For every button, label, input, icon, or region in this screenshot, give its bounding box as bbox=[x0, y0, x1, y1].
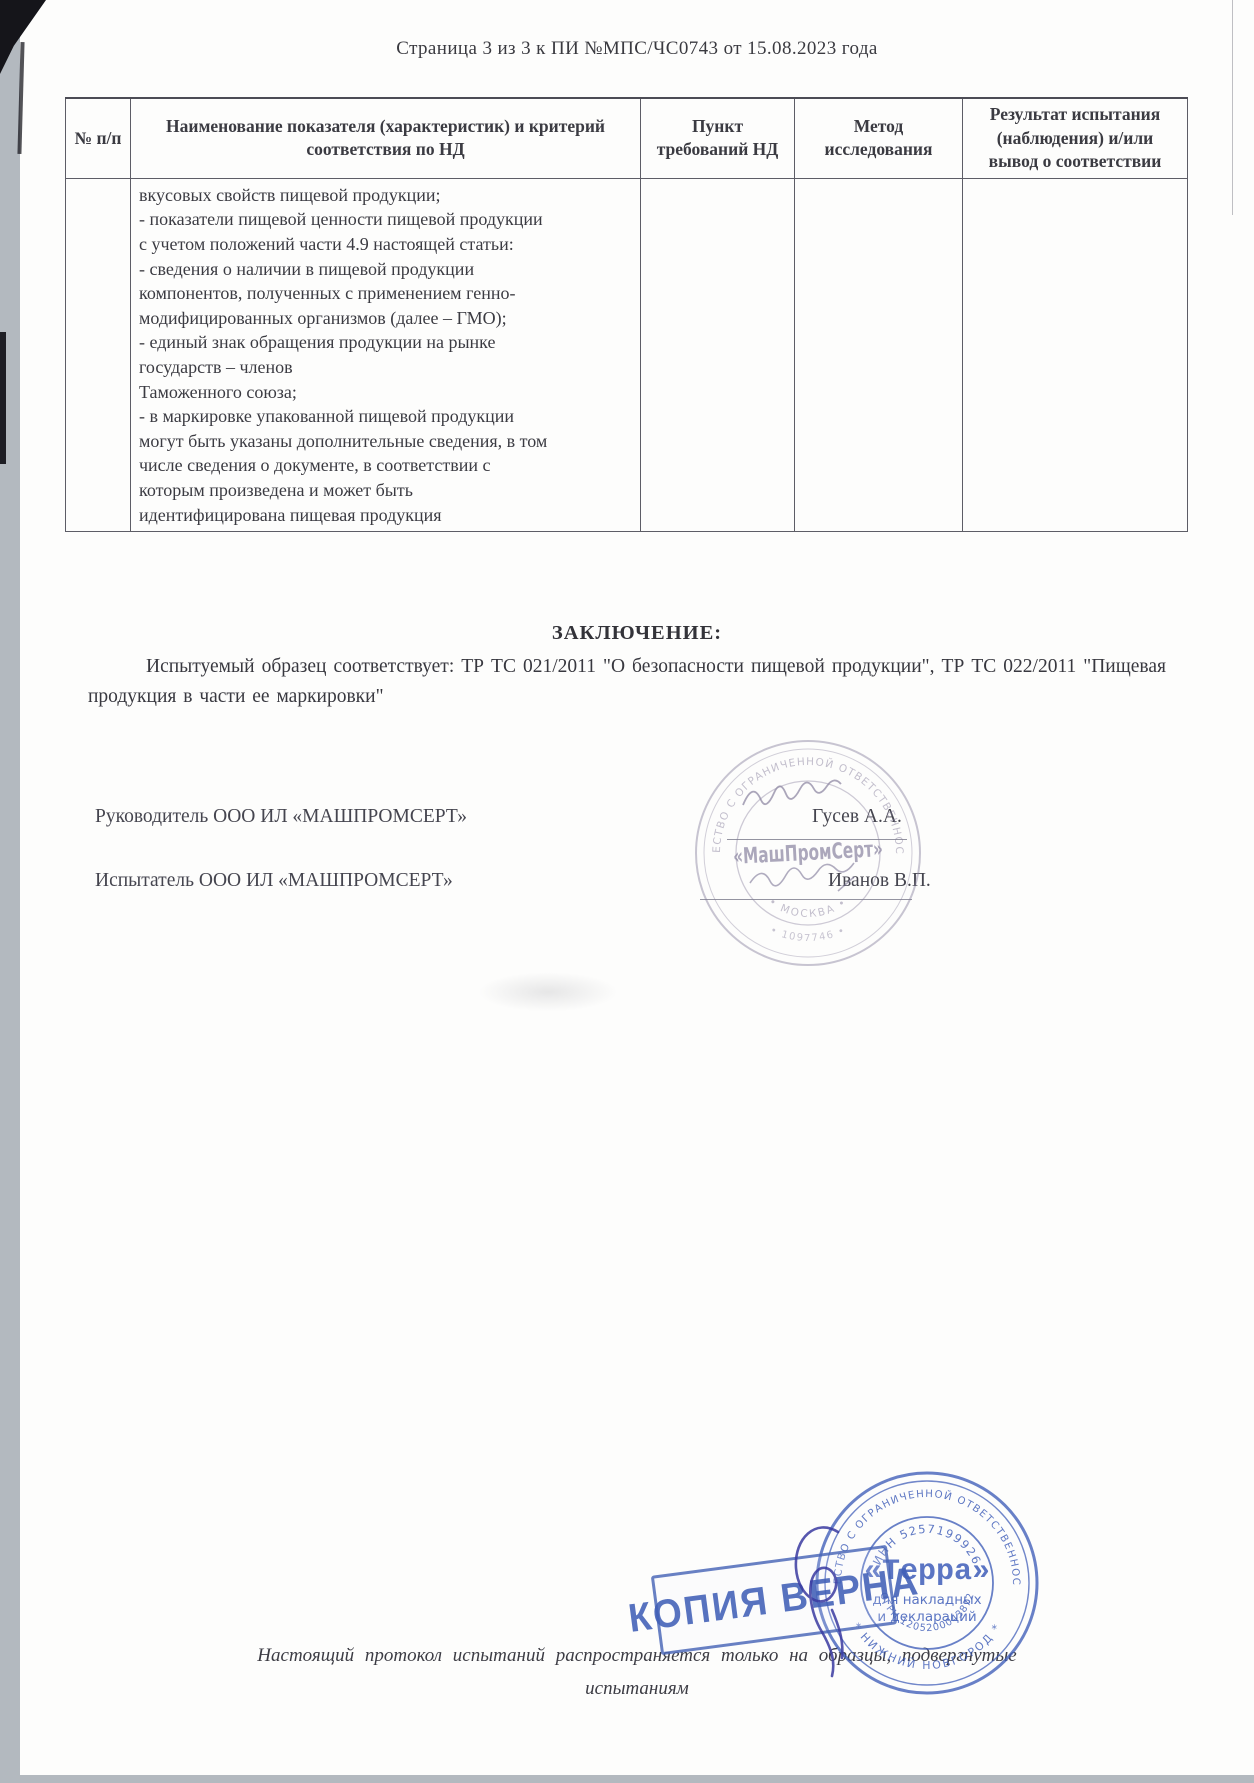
scan-edge-artifact bbox=[0, 332, 6, 464]
round-stamp-mashpromsert: ОБЩЕСТВО С ОГРАНИЧЕННОЙ ОТВЕТСТВЕННОСТЬЮ… bbox=[688, 733, 928, 973]
svg-text:• МОСКВА •: • МОСКВА • bbox=[766, 896, 849, 920]
stamp-ring-number: • 1097746 • bbox=[768, 925, 847, 944]
col-header-result: Результат испытания (наблюдения) и/или в… bbox=[963, 98, 1188, 178]
col-header-number: № п/п bbox=[66, 98, 131, 178]
footer-note-line1: Настоящий протокол испытаний распростран… bbox=[20, 1645, 1254, 1667]
cell-number bbox=[66, 178, 131, 531]
page-edge-line bbox=[1232, 0, 1233, 215]
col-header-clause: Пункт требований НД bbox=[641, 98, 795, 178]
col-header-method: Метод исследования bbox=[795, 98, 963, 178]
svg-text:• 1097746 •: • 1097746 • bbox=[768, 925, 847, 944]
cell-method bbox=[795, 178, 963, 531]
stamp-city-text: • МОСКВА • bbox=[766, 896, 849, 920]
table-row: вкусовых свойств пищевой продукции; - по… bbox=[66, 178, 1188, 531]
cell-clause bbox=[641, 178, 795, 531]
page-header: Страница 3 из 3 к ПИ №МПС/ЧС0743 от 15.0… bbox=[20, 38, 1254, 60]
handwritten-signature-blue bbox=[786, 1520, 876, 1680]
scanned-document: Страница 3 из 3 к ПИ №МПС/ЧС0743 от 15.0… bbox=[0, 0, 1254, 1783]
footer-note-line2: испытаниям bbox=[20, 1678, 1254, 1700]
stamp-center-text: «МашПромСерт» bbox=[732, 837, 883, 870]
col-header-indicator: Наименование показателя (характеристик) … bbox=[131, 98, 641, 178]
conclusion-heading: ЗАКЛЮЧЕНИЕ: bbox=[20, 622, 1254, 645]
cell-indicator: вкусовых свойств пищевой продукции; - по… bbox=[131, 178, 641, 531]
table-header-row: № п/п Наименование показателя (характери… bbox=[66, 98, 1188, 178]
cell-result bbox=[963, 178, 1188, 531]
conclusion-text: Испытуемый образец соответствует: ТР ТС … bbox=[88, 652, 1166, 712]
results-table: № п/п Наименование показателя (характери… bbox=[65, 97, 1188, 532]
signature-role-head: Руководитель ООО ИЛ «МАШПРОМСЕРТ» bbox=[95, 806, 467, 828]
signature-role-tester: Испытатель ООО ИЛ «МАШПРОМСЕРТ» bbox=[95, 870, 453, 892]
scan-smudge bbox=[478, 972, 618, 1012]
